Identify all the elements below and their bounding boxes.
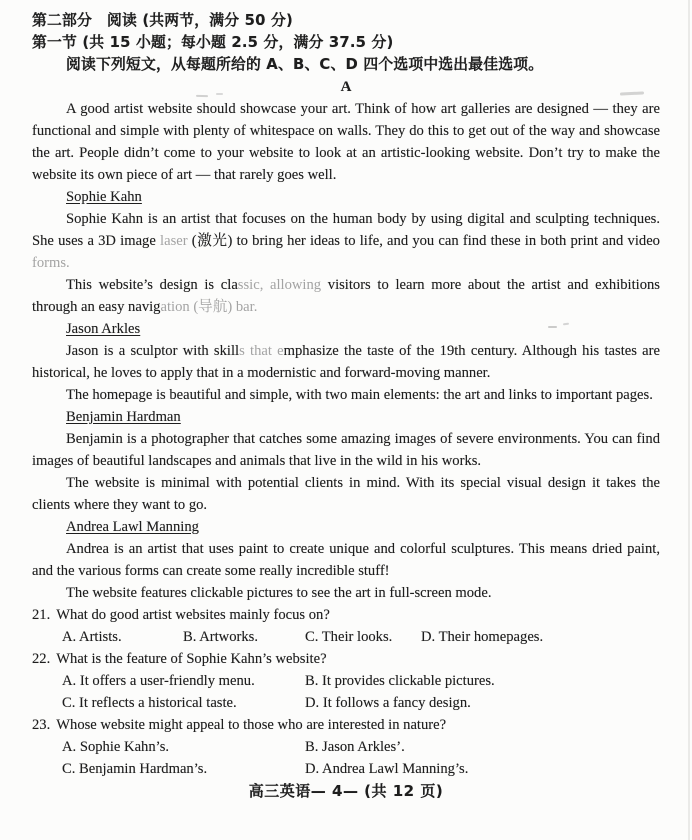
option-d: D. It follows a fancy design. (305, 692, 660, 714)
option-d: D. Their homepages. (421, 626, 660, 648)
profile-name-line: Andrea Lawl Manning (32, 516, 660, 538)
question-number: 22. (32, 651, 50, 667)
profile-name-line: Benjamin Hardman (32, 406, 660, 428)
question-23: 23.Whose website might appeal to those w… (32, 714, 660, 780)
option-c: C. It reflects a historical taste. (62, 692, 305, 714)
question-stem: Whose website might appeal to those who … (56, 717, 446, 733)
option-a: A. It offers a user-friendly menu. (62, 670, 305, 692)
question-stem: What is the feature of Sophie Kahn’s web… (56, 651, 326, 667)
passage-intro-paragraph: A good artist website should showcase yo… (32, 98, 660, 186)
profile-name-heading: Jason Arkles (66, 321, 140, 337)
option-a: A. Artists. (62, 626, 183, 648)
options-grid: A. Sophie Kahn’s. B. Jason Arkles’. C. B… (32, 736, 660, 780)
profile-paragraph: Jason is a sculptor with skills that emp… (32, 340, 660, 384)
option-a: A. Sophie Kahn’s. (62, 736, 305, 758)
profile-paragraph: Benjamin is a photographer that catches … (32, 428, 660, 472)
instruction-line: 阅读下列短文，从每题所给的 A、B、C、D 四个选项中选出最佳选项。 (32, 54, 660, 76)
scan-artifact (548, 326, 557, 328)
profile-jason-arkles: Jason Arkles Jason is a sculptor with sk… (32, 318, 660, 406)
question-21: 21.What do good artist websites mainly f… (32, 604, 660, 648)
scan-edge-shadow (688, 0, 690, 840)
question-stem: What do good artist websites mainly focu… (56, 607, 330, 623)
profile-benjamin-hardman: Benjamin Hardman Benjamin is a photograp… (32, 406, 660, 516)
question-stem-line: 23.Whose website might appeal to those w… (32, 714, 660, 736)
option-c: C. Their looks. (305, 626, 421, 648)
exam-page: 第二部分 阅读 (共两节，满分 50 分) 第一节 (共 15 小题；每小题 2… (0, 0, 692, 840)
question-number: 23. (32, 717, 50, 733)
profile-paragraph: The homepage is beautiful and simple, wi… (32, 384, 660, 406)
option-c: C. Benjamin Hardman’s. (62, 758, 305, 780)
passage-label: A (32, 76, 660, 98)
option-b: B. It provides clickable pictures. (305, 670, 660, 692)
question-number: 21. (32, 607, 50, 623)
option-d: D. Andrea Lawl Manning’s. (305, 758, 660, 780)
profile-name-heading: Benjamin Hardman (66, 409, 181, 425)
profile-name-heading: Sophie Kahn (66, 189, 142, 205)
profile-paragraph: The website features clickable pictures … (32, 582, 660, 604)
profile-paragraph: Andrea is an artist that uses paint to c… (32, 538, 660, 582)
page-footer: 高三英语— 4— (共 12 页) (32, 780, 660, 802)
profile-name-line: Jason Arkles (32, 318, 660, 340)
options-row: A. Artists. B. Artworks. C. Their looks.… (32, 626, 660, 648)
scan-artifact (216, 93, 223, 95)
question-stem-line: 22.What is the feature of Sophie Kahn’s … (32, 648, 660, 670)
option-b: B. Jason Arkles’. (305, 736, 660, 758)
part-heading: 第二部分 阅读 (共两节，满分 50 分) (32, 10, 660, 32)
section-heading: 第一节 (共 15 小题；每小题 2.5 分，满分 37.5 分) (32, 32, 660, 54)
question-stem-line: 21.What do good artist websites mainly f… (32, 604, 660, 626)
profile-paragraph: The website is minimal with potential cl… (32, 472, 660, 516)
question-22: 22.What is the feature of Sophie Kahn’s … (32, 648, 660, 714)
option-b: B. Artworks. (183, 626, 305, 648)
profile-name-heading: Andrea Lawl Manning (66, 519, 199, 535)
profile-sophie-kahn: Sophie Kahn Sophie Kahn is an artist tha… (32, 186, 660, 318)
profile-paragraph: Sophie Kahn is an artist that focuses on… (32, 208, 660, 274)
options-grid: A. It offers a user-friendly menu. B. It… (32, 670, 660, 714)
scan-artifact (196, 95, 208, 97)
profile-andrea-lawl-manning: Andrea Lawl Manning Andrea is an artist … (32, 516, 660, 604)
profile-paragraph: This website’s design is classic, allowi… (32, 274, 660, 318)
profile-name-line: Sophie Kahn (32, 186, 660, 208)
